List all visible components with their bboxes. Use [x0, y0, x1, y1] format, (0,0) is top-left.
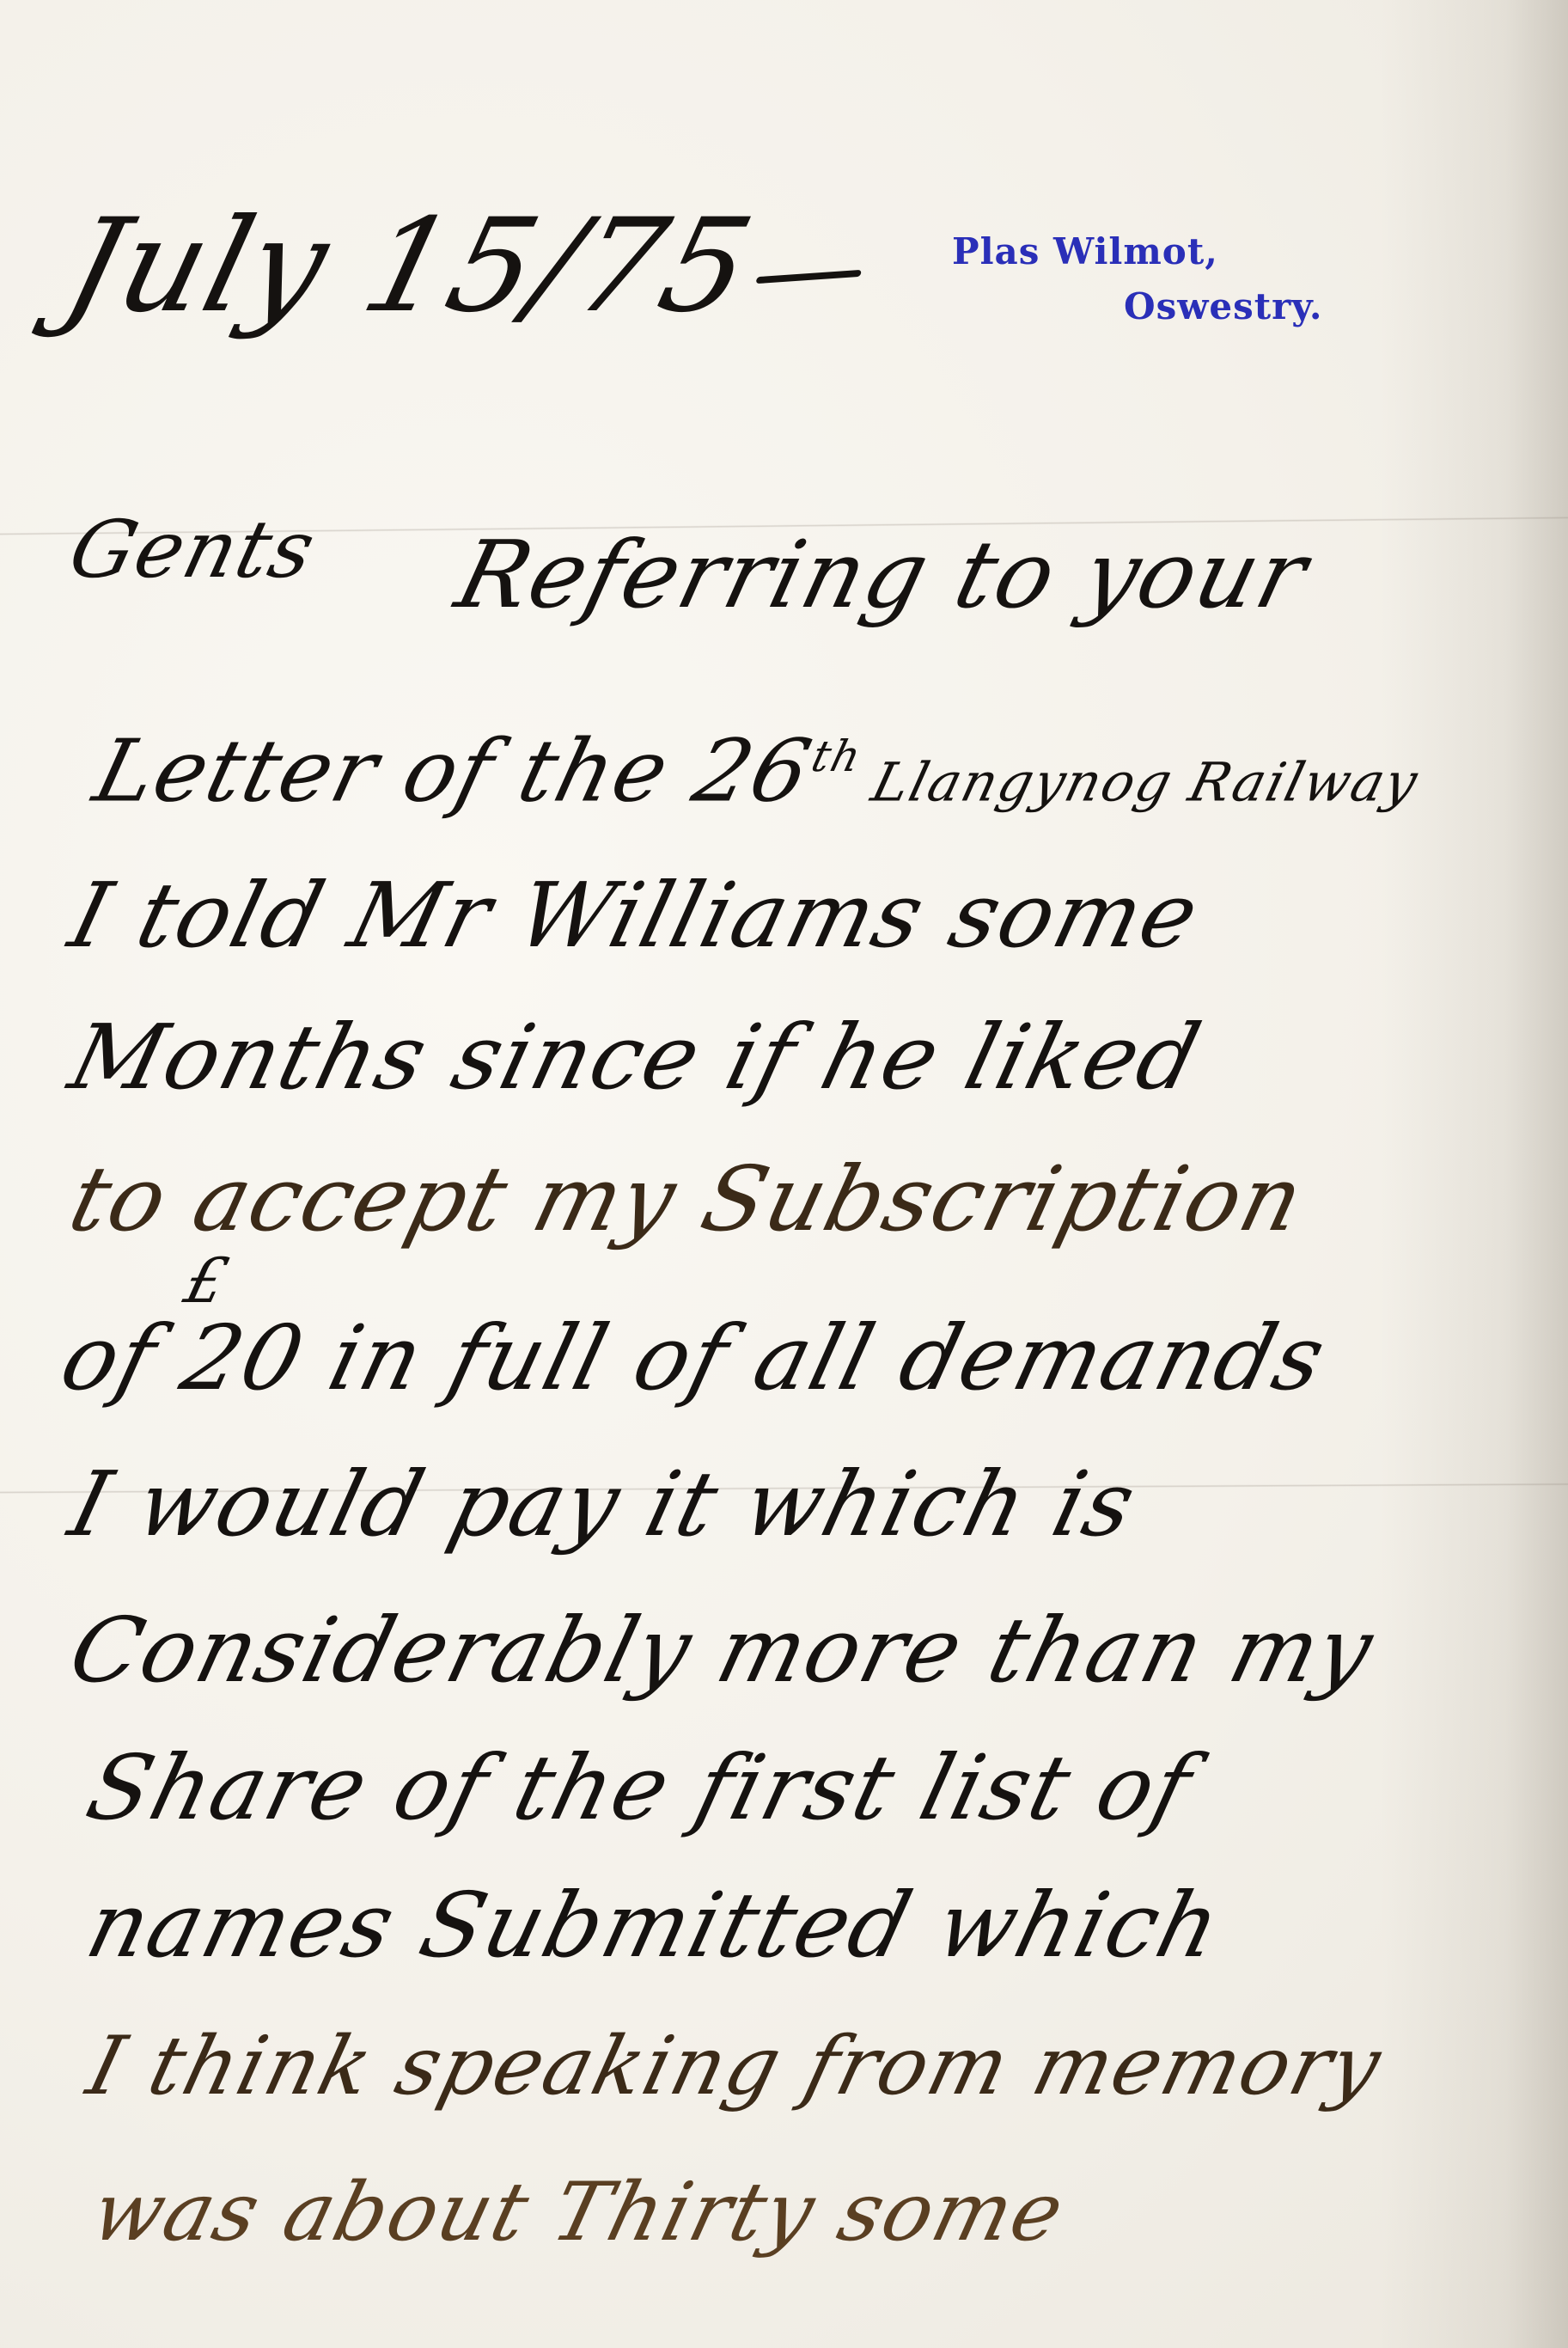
line6-text: of 20 in full of all demands	[52, 1305, 1337, 1410]
body-line-9: Share of the first list of	[77, 1736, 1203, 1839]
letter-page: Plas Wilmot, Oswestry. July 15/75 Gents …	[0, 0, 1568, 2348]
line2-text: Letter of the 26	[85, 720, 822, 821]
body-line-4: Months since if he liked	[60, 1006, 1211, 1109]
salutation: Gents	[60, 503, 326, 597]
body-line-8: Considerably more than my	[60, 1599, 1384, 1702]
date-flourish	[756, 270, 862, 284]
letterhead-house-name: Plas Wilmot,	[952, 230, 1323, 273]
body-line-6: £ of 20 in full of all demands	[52, 1306, 1336, 1409]
letterhead-town: Oswestry.	[1124, 285, 1323, 328]
railway-name: Llangynog Railway	[847, 750, 1425, 813]
letter-date: July 15/75	[52, 193, 882, 339]
body-line-12: was about Thirty some	[82, 2162, 1075, 2265]
body-line-11: I think speaking from memory	[77, 2015, 1392, 2119]
letterhead: Plas Wilmot, Oswestry.	[952, 230, 1323, 328]
body-line-3: I told Mr Williams some	[60, 864, 1210, 967]
body-line-1: Referring to your	[447, 524, 1318, 627]
body-line-7: I would pay it which is	[60, 1452, 1146, 1556]
date-text: July 15/75	[52, 192, 767, 341]
body-line-10: names Submitted which	[77, 1874, 1231, 1977]
body-line-2: Letter of the 26th Llangynog Railway	[82, 705, 1437, 834]
body-line-5: to accept my Subscription	[60, 1147, 1315, 1250]
